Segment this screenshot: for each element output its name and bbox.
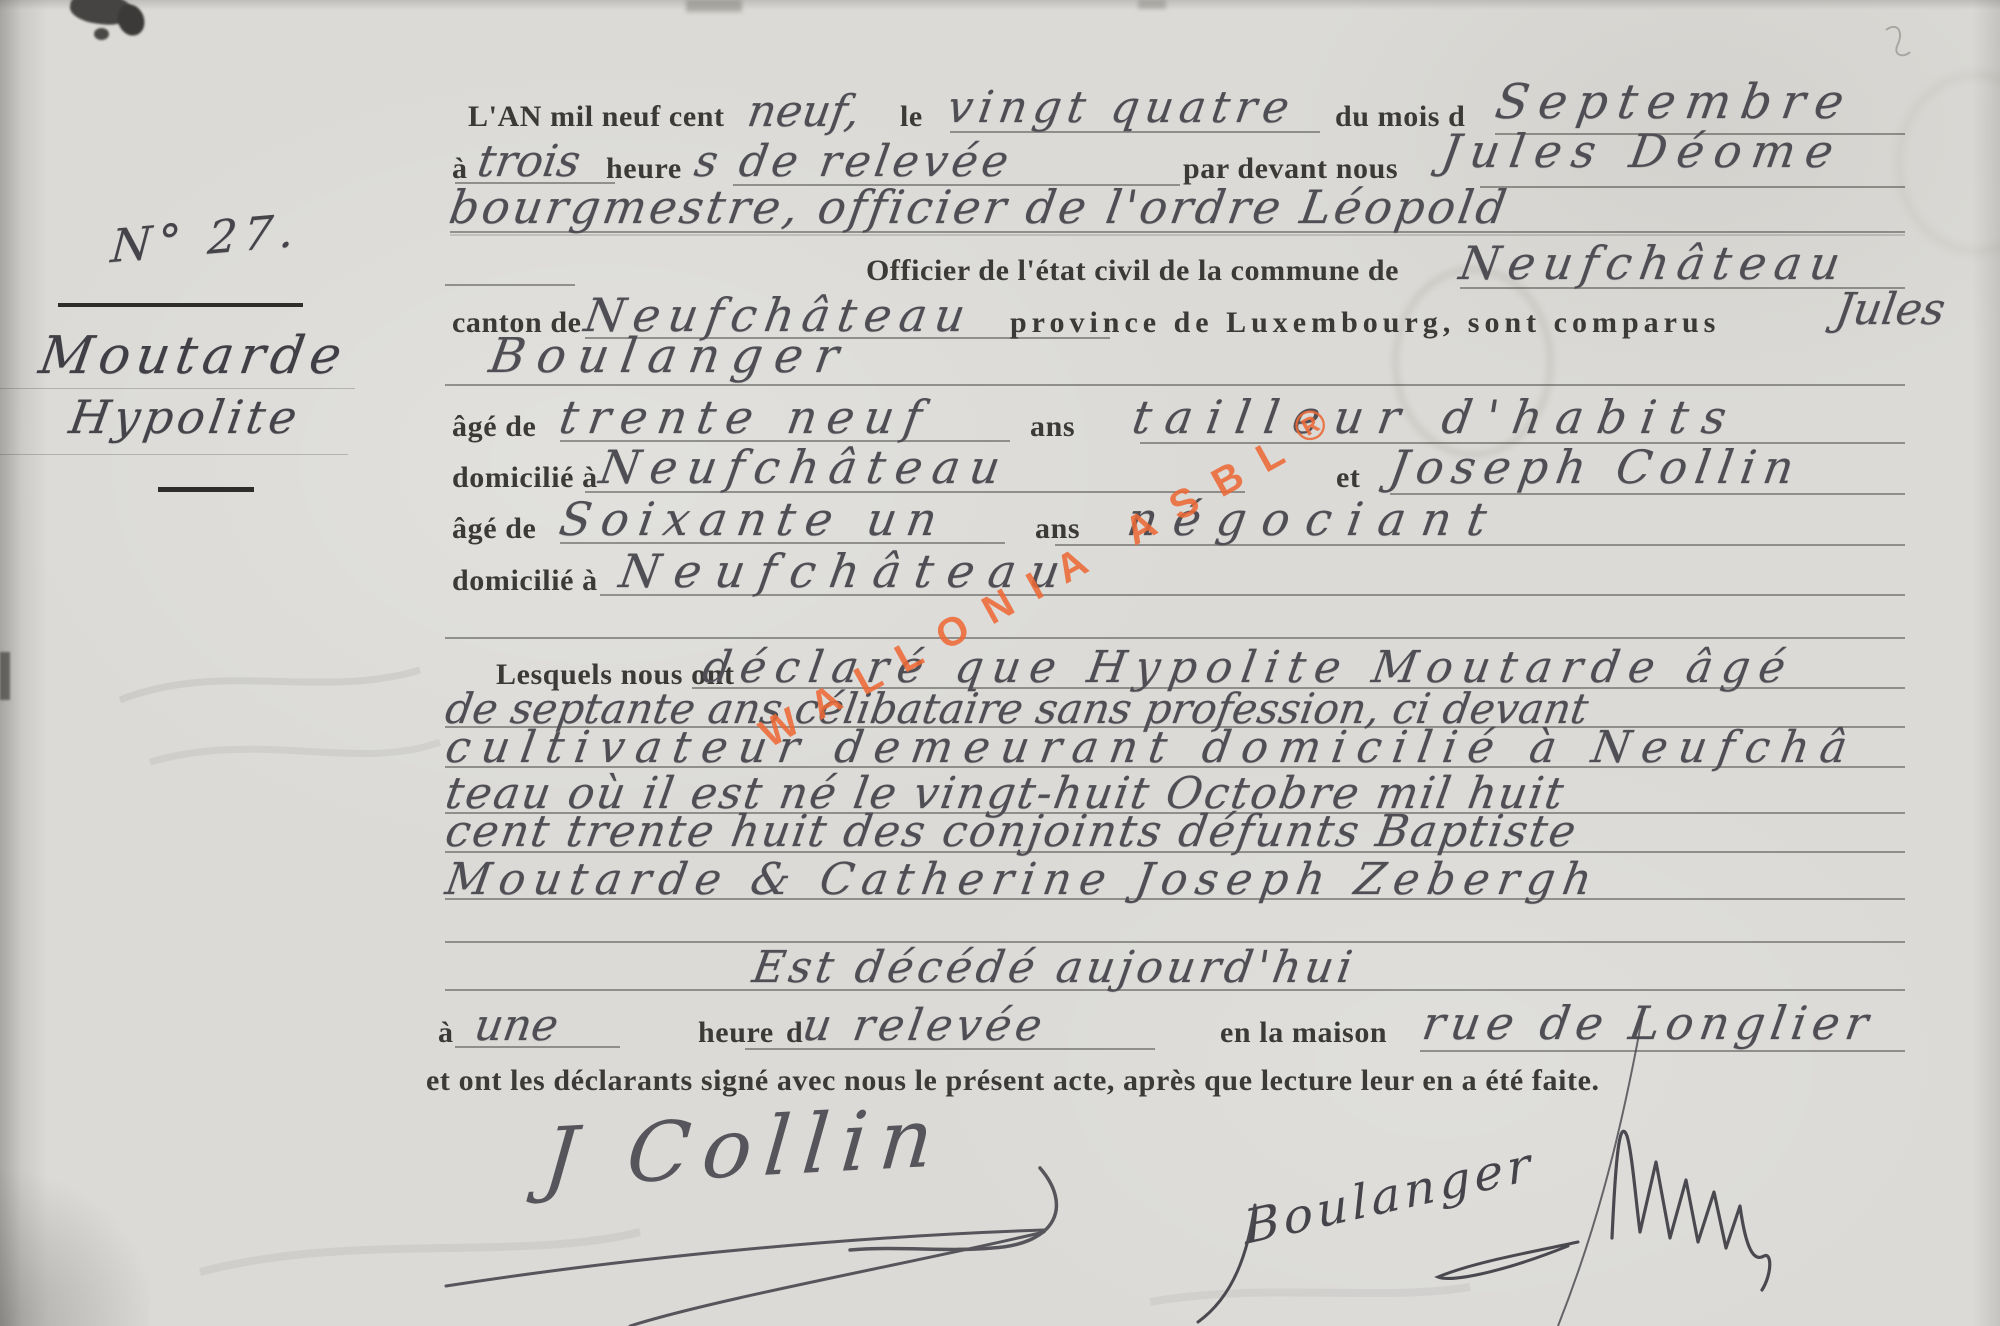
faint-round-stamp (1896, 72, 2000, 254)
handwritten-text: cultivateur demeurant domicilié à Neufch… (443, 726, 1861, 770)
boulanger-flourish-stroke (1438, 1242, 1578, 1278)
handwritten-fill: Jules Déome (1438, 128, 1846, 174)
printed-text: domicilié à (452, 566, 598, 596)
printed-text: province de Luxembourg, sont comparus (1010, 308, 1720, 338)
bleedthrough-squiggle (1150, 1287, 1470, 1302)
torn-corner-mark (94, 28, 109, 40)
act-number: N° 27. (109, 207, 301, 269)
handwritten-fill: Neufchâteau (1456, 240, 1851, 286)
handwritten-fill: Jules (1833, 288, 1949, 332)
margin-ruled-line (0, 388, 355, 389)
ruled-line (445, 637, 1905, 639)
printed-text: L'AN mil neuf cent (468, 102, 725, 132)
handwritten-fill: Neufchâteau (596, 444, 1013, 490)
death-record-scan: N° 27. Moutarde Hypolite L'AN mil neuf c… (0, 0, 2000, 1326)
handwritten-fill: Soixante un (556, 496, 950, 542)
bleedthrough-squiggle (200, 1232, 640, 1272)
burgomaster-signature-stroke (1612, 1131, 1770, 1290)
handwritten-fill: une (472, 1004, 562, 1048)
handwritten-fill: u relevée (800, 1004, 1049, 1048)
top-edge-smudge (1138, 0, 1166, 9)
top-edge-smudge (686, 0, 742, 12)
handwritten-fill: vingt quatre (945, 86, 1299, 130)
handwritten-text: Moutarde & Catherine Joseph Zebergh (443, 858, 1603, 902)
handwritten-text: Est décédé aujourd'hui (750, 946, 1360, 990)
signature-boulanger: Boulanger (1242, 1140, 1536, 1252)
handwritten-fill: tailleur d'habits (1129, 394, 1743, 440)
deceased-given-name: Hypolite (66, 394, 304, 440)
handwritten-fill: trois (475, 140, 584, 184)
handwritten-fill: neuf, (745, 90, 863, 134)
bleedthrough-squiggle (120, 670, 420, 700)
pencil-mark (1886, 27, 1910, 55)
handwritten-fill: Septembre (1492, 78, 1857, 126)
handwritten-fill: Boulanger (486, 332, 854, 380)
printed-text: ans (1030, 412, 1075, 442)
printed-text: âgé de (452, 412, 536, 442)
printed-text: Officier de l'état civil de la commune d… (866, 256, 1399, 286)
collin-flourish-stroke (446, 1230, 1044, 1286)
margin-divider-rule (58, 303, 303, 307)
margin-short-rule (158, 487, 254, 492)
left-edge-ink-mark (0, 652, 10, 700)
printed-text: et ont les déclarants signé avec nous le… (426, 1066, 1600, 1096)
printed-text: le (900, 102, 923, 132)
page-top-edge-shadow (0, 0, 2000, 10)
handwritten-fill: s de relevée (692, 140, 1016, 184)
printed-text: âgé de (452, 514, 536, 544)
bleedthrough-squiggle (150, 742, 440, 762)
ruled-line (445, 284, 575, 286)
handwritten-fill: trente neuf (556, 394, 934, 440)
handwritten-fill: rue de Longlier (1419, 1000, 1877, 1046)
ruled-line (1480, 186, 1905, 188)
printed-text: à (438, 1018, 454, 1048)
ruled-line (1420, 1050, 1905, 1052)
margin-ruled-line (0, 454, 348, 455)
collin-flourish-stroke (630, 1232, 1044, 1326)
bottom-left-corner-shadow (0, 1166, 150, 1326)
handwritten-text: cent trente huit des conjoints défunts B… (443, 810, 1581, 854)
printed-text: heure (698, 1018, 774, 1048)
deceased-surname: Moutarde (36, 330, 351, 382)
handwritten-fill: Joseph Collin (1386, 444, 1805, 490)
printed-text: domicilié à (452, 463, 598, 493)
printed-text: en la maison (1220, 1018, 1387, 1048)
ruled-line (445, 384, 1905, 386)
handwritten-fill: bourgmestre, officier de l'ordre Léopold (446, 184, 1512, 230)
printed-text: et (1336, 463, 1361, 493)
signature-collin: J Collin (540, 1098, 948, 1201)
